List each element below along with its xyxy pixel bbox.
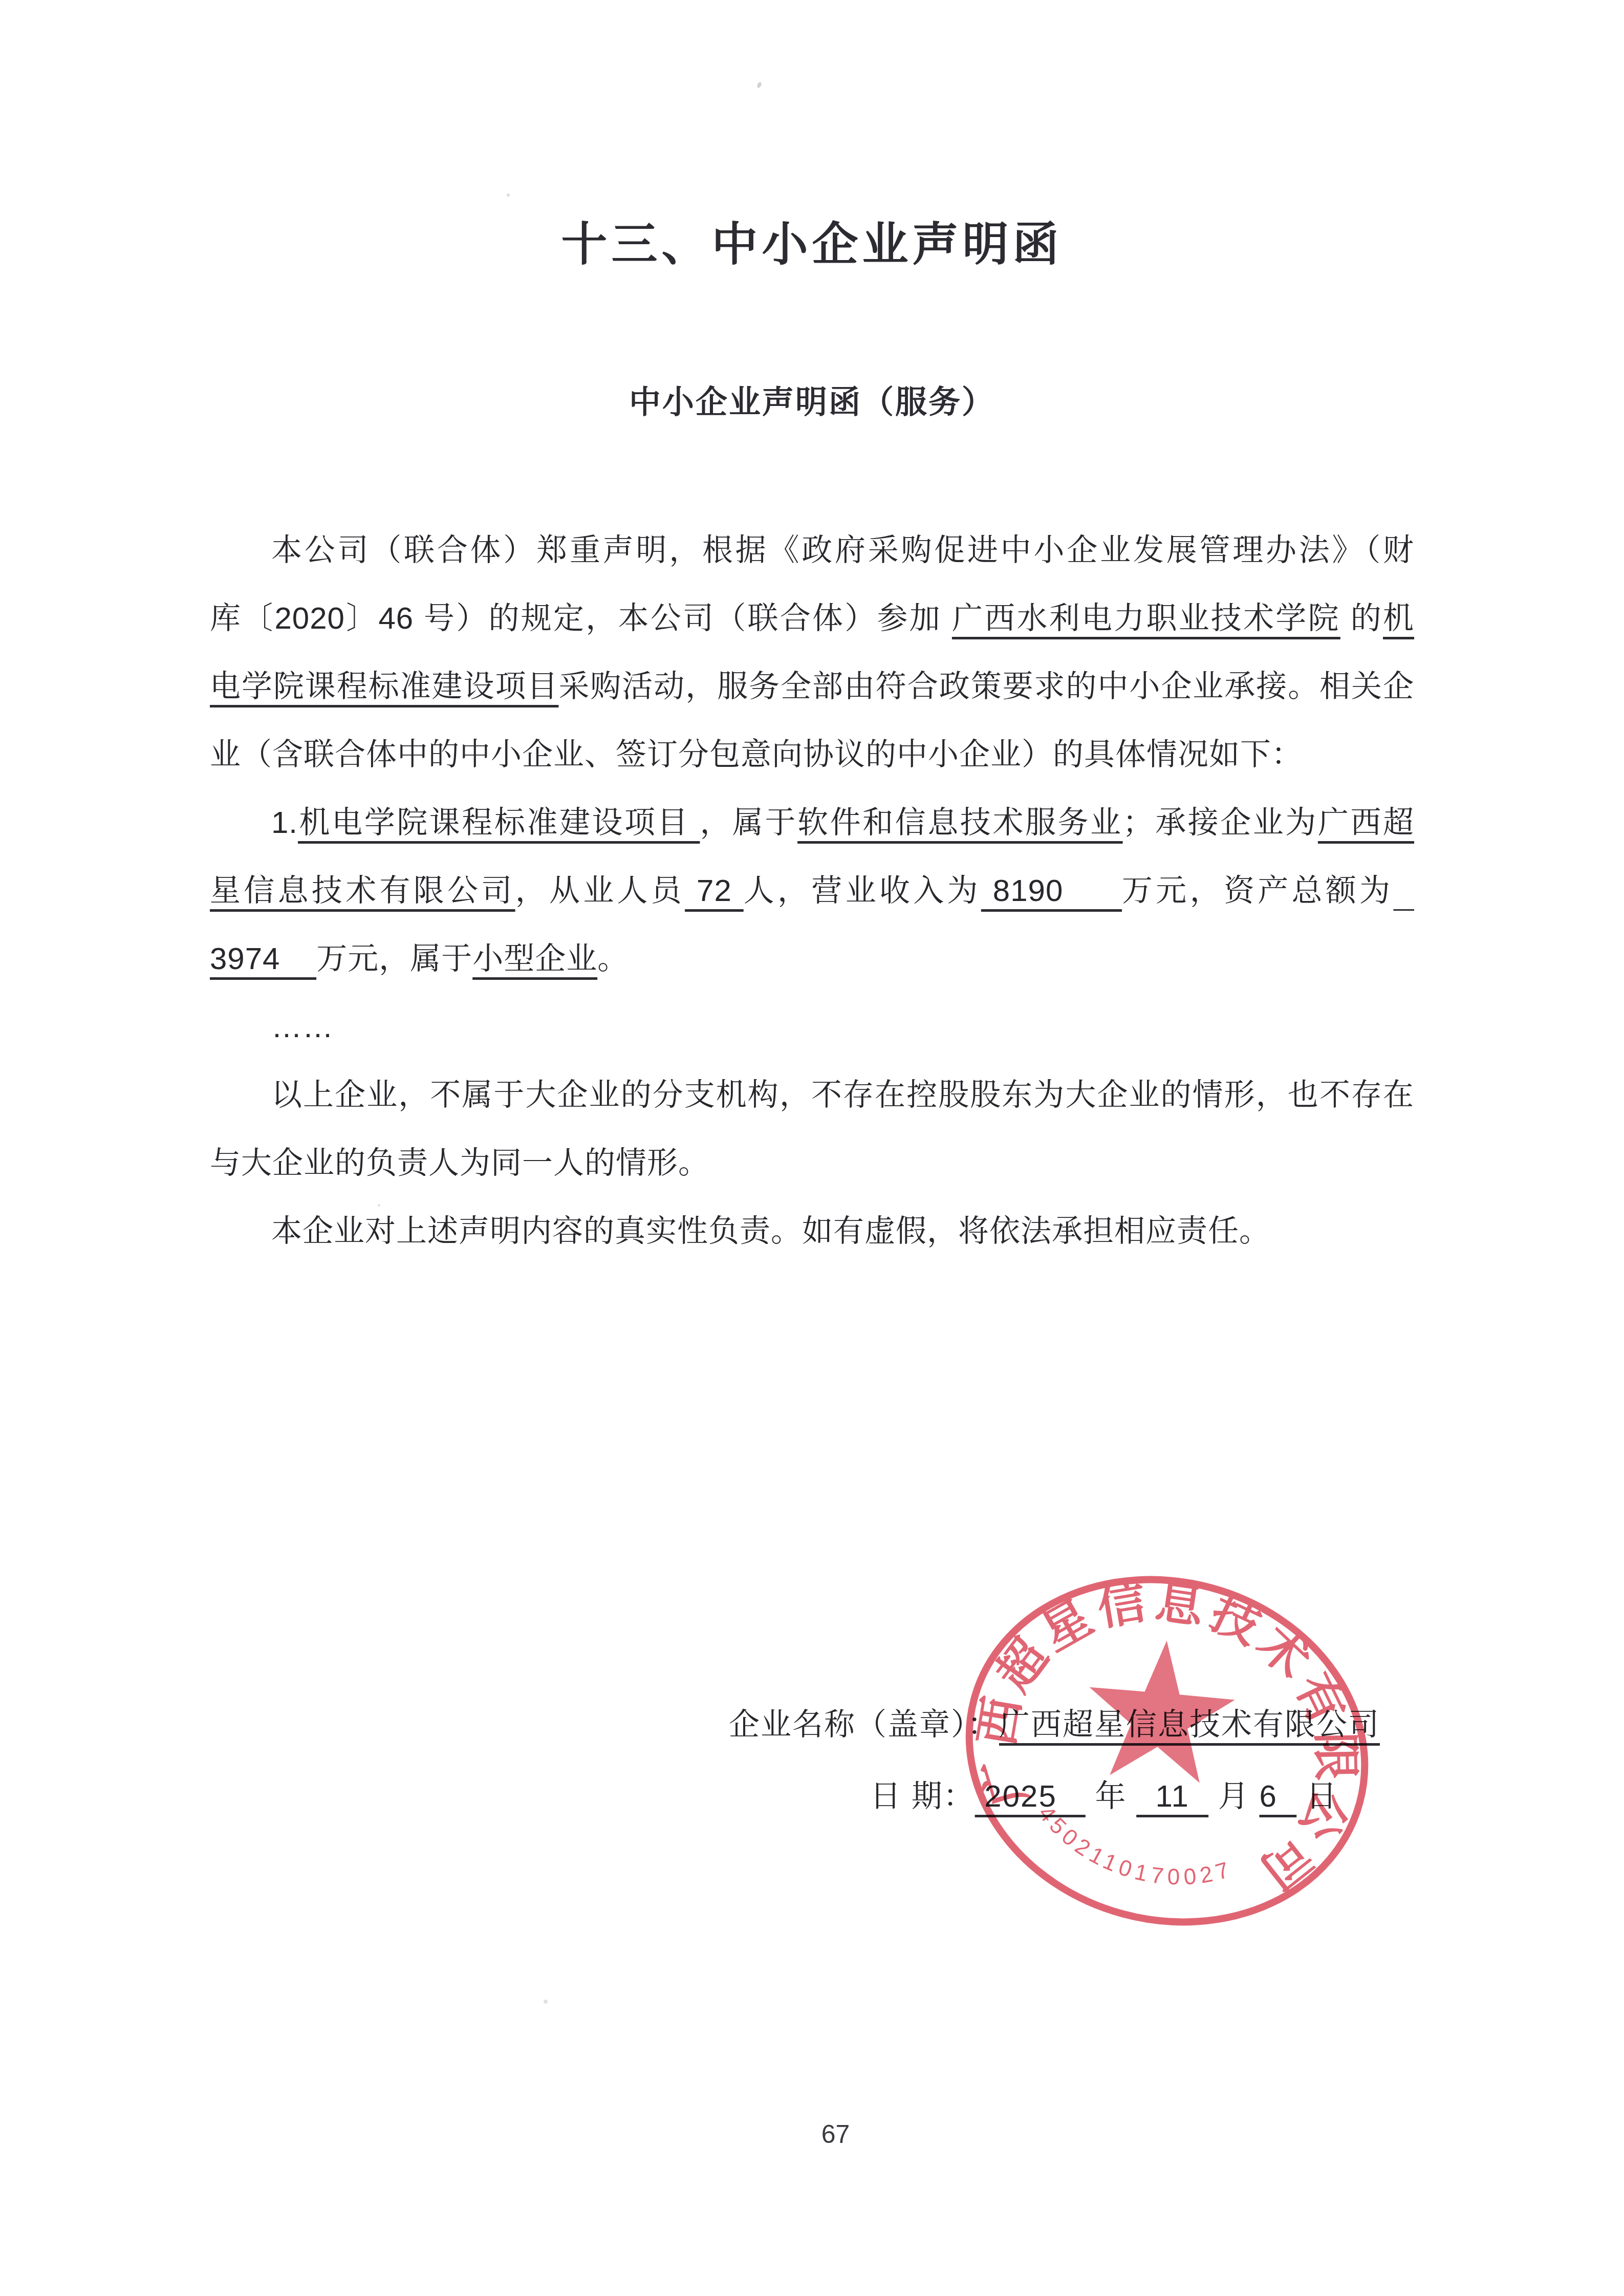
underlined-fill-in-text: 11 bbox=[1136, 1779, 1208, 1813]
text-run: ，属于 bbox=[700, 805, 797, 840]
body-line-para2-line2: 星信息技术有限公司，从业人员 72 人，营业收入为 8190 万元，资产总额为 bbox=[210, 856, 1414, 925]
body-line-ellipsis-line: …… bbox=[210, 993, 1414, 1061]
body-line-para1-line3: 电学院课程标准建设项目采购活动，服务全部由符合政策要求的中小企业承接。相关企 bbox=[210, 652, 1414, 720]
scan-speck bbox=[544, 2000, 548, 2004]
page-subtitle: 中小企业声明函（服务） bbox=[0, 377, 1624, 422]
underlined-fill-in-text bbox=[1393, 873, 1414, 908]
body-line-para3-line2: 与大企业的负责人为同一人的情形。 bbox=[210, 1129, 1414, 1197]
document-page: 十三、中小企业声明函 中小企业声明函（服务） 本公司（联合体）郑重声明，根据《政… bbox=[0, 0, 1624, 2296]
underlined-fill-in-text: 广西超 bbox=[1318, 805, 1414, 840]
text-run: …… bbox=[271, 1010, 334, 1044]
underlined-fill-in-text: 星信息技术有限公司 bbox=[210, 873, 515, 908]
body-line-para2-line1: 1.机电学院课程标准建设项目 ，属于软件和信息技术服务业；承接企业为广西超 bbox=[210, 788, 1414, 856]
underlined-fill-in-text: 6 bbox=[1259, 1779, 1296, 1813]
signature-name-line: 企业名称（盖章）：广西超星信息技术有限公司 bbox=[729, 1701, 1380, 1749]
page-title: 十三、中小企业声明函 bbox=[0, 207, 1624, 273]
text-run: 的 bbox=[1340, 601, 1383, 635]
underlined-fill-in-text: 2025 bbox=[975, 1779, 1086, 1813]
text-run: 企业名称（盖章）： bbox=[729, 1707, 999, 1742]
body-line-para1-line4: 业（含联合体中的中小企业、签订分包意向协议的中小企业）的具体情况如下： bbox=[210, 720, 1414, 788]
text-run: 采购活动，服务全部由符合政策要求的中小企业承接。相关企 bbox=[558, 669, 1414, 703]
text-run: 万元，资产总额为 bbox=[1122, 873, 1393, 908]
company-seal-stamp: 广西超星信息技术有限公司 4502110170027 bbox=[942, 1541, 1392, 1961]
underlined-fill-in-text: 广西水利电力职业技术学院 bbox=[952, 601, 1340, 635]
page-number: 67 bbox=[24, 2119, 1624, 2149]
body-line-para1-line1: 本公司（联合体）郑重声明，根据《政府采购促进中小企业发展管理办法》（财 bbox=[210, 516, 1414, 584]
underlined-fill-in-text: 电学院课程标准建设项目 bbox=[210, 669, 558, 703]
scan-speck bbox=[378, 1204, 380, 1207]
text-run: 人，营业收入为 bbox=[744, 873, 981, 908]
text-run: 本公司（联合体）郑重声明，根据《政府采购促进中小企业发展管理办法》（财 bbox=[271, 533, 1414, 567]
scan-speck bbox=[507, 194, 510, 197]
text-run: 月 bbox=[1208, 1779, 1259, 1813]
text-run: ，从业人员 bbox=[515, 873, 685, 908]
underlined-fill-in-text: 8190 bbox=[981, 873, 1122, 908]
signature-date-line: 日 期： 2025 年 11 月 6 日 bbox=[870, 1772, 1338, 1820]
text-run: 年 bbox=[1086, 1779, 1136, 1813]
body-line-para4-line1: 本企业对上述声明内容的真实性负责。如有虚假，将依法承担相应责任。 bbox=[210, 1197, 1414, 1265]
text-run: 。 bbox=[597, 941, 629, 976]
scan-speck bbox=[756, 81, 763, 89]
underlined-fill-in-text: 3974 bbox=[210, 941, 316, 976]
body-line-para3-line1: 以上企业，不属于大企业的分支机构，不存在控股股东为大企业的情形，也不存在 bbox=[210, 1061, 1414, 1129]
text-run: 本企业对上述声明内容的真实性负责。如有虚假，将依法承担相应责任。 bbox=[271, 1214, 1270, 1248]
text-run: 万元，属于 bbox=[316, 941, 472, 976]
text-run: 1. bbox=[271, 805, 298, 840]
body-line-para1-line2: 库〔2020〕46 号）的规定，本公司（联合体）参加 广西水利电力职业技术学院 … bbox=[210, 584, 1414, 652]
declaration-body: 本公司（联合体）郑重声明，根据《政府采购促进中小企业发展管理办法》（财库〔202… bbox=[210, 516, 1414, 1265]
underlined-fill-in-text: 广西超星信息技术有限公司 bbox=[999, 1707, 1380, 1742]
body-line-para2-line3: 3974 万元，属于小型企业。 bbox=[210, 925, 1414, 993]
text-run: ；承接企业为 bbox=[1123, 805, 1318, 840]
text-run: 日 期： bbox=[870, 1779, 975, 1813]
text-run: 日 bbox=[1296, 1779, 1338, 1813]
underlined-fill-in-text: 小型企业 bbox=[472, 941, 597, 976]
underlined-fill-in-text: 72 bbox=[685, 873, 744, 908]
text-run: 库〔2020〕46 号）的规定，本公司（联合体）参加 bbox=[210, 601, 952, 635]
underlined-fill-in-text: 机电学院课程标准建设项目 bbox=[298, 805, 700, 840]
text-run: 业（含联合体中的中小企业、签订分包意向协议的中小企业）的具体情况如下： bbox=[210, 737, 1303, 771]
underlined-fill-in-text: 软件和信息技术服务业 bbox=[797, 805, 1123, 840]
text-run: 以上企业，不属于大企业的分支机构，不存在控股股东为大企业的情形，也不存在 bbox=[271, 1078, 1414, 1112]
underlined-fill-in-text: 机 bbox=[1383, 601, 1414, 635]
seal-ring bbox=[942, 1541, 1392, 1961]
text-run: 与大企业的负责人为同一人的情形。 bbox=[210, 1146, 709, 1180]
